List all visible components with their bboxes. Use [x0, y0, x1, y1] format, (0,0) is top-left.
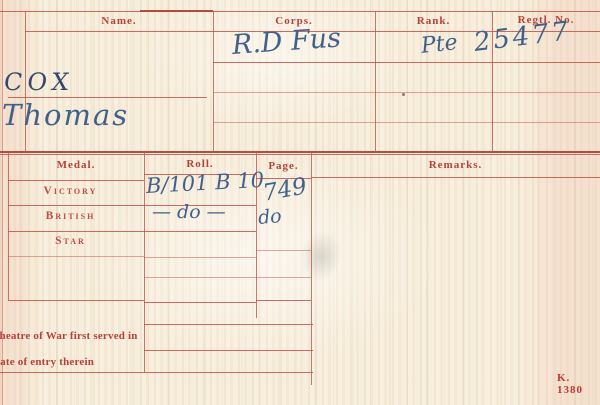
rule-line [144, 231, 256, 232]
rule-line [213, 62, 600, 63]
rule-line [213, 122, 600, 123]
page-value-british-handwriting: do [257, 205, 282, 229]
rule-line [311, 177, 600, 178]
rule-line [0, 372, 313, 373]
rule-line [256, 250, 311, 251]
form-number: K. 1380 [557, 372, 600, 396]
rule-line [311, 152, 312, 385]
rule-line [213, 11, 214, 152]
medal-row-victory: Victory [8, 185, 133, 197]
surname-handwriting: COX [2, 68, 76, 96]
rule-line [8, 231, 144, 232]
ink-dot [402, 93, 405, 96]
remarks-column-header: Remarks. [311, 159, 600, 171]
rule-line [144, 152, 145, 372]
rule-line [140, 10, 213, 12]
roll-value-british-handwriting: — do — [152, 201, 226, 223]
corps-value-handwriting: R.D Fus [231, 22, 342, 61]
rule-line [144, 277, 256, 278]
rule-line [8, 256, 144, 257]
rule-line [0, 151, 600, 153]
rule-line [256, 277, 311, 278]
rule-line [256, 300, 311, 301]
rule-line [144, 350, 313, 351]
rule-line [213, 92, 600, 93]
rule-line [8, 180, 144, 181]
medal-index-card: Name. Corps. Rank. Regtl. No. Medal. Rol… [0, 0, 600, 405]
rule-line [0, 11, 600, 12]
rank-value-handwriting: Pte [420, 30, 459, 59]
rule-line [8, 300, 144, 301]
date-of-entry-label: Date of entry therein [0, 356, 94, 368]
medal-row-british: British [8, 210, 133, 222]
forename-handwriting: Thomas [2, 98, 129, 132]
rule-line [2, 0, 3, 405]
rule-line [8, 205, 144, 206]
rule-line [8, 152, 9, 300]
theatre-of-war-label: Theatre of War first served in [0, 330, 138, 342]
rule-line [144, 324, 313, 325]
medal-column-header: Medal. [8, 159, 144, 171]
rule-line [0, 154, 600, 155]
rank-column-header: Rank. [375, 15, 492, 27]
roll-value-victory-handwriting: B/101 B 10 [145, 168, 264, 198]
page-column-header: Page. [256, 160, 311, 172]
rule-line [375, 11, 376, 152]
rule-line [144, 302, 256, 303]
name-column-header: Name. [25, 15, 213, 27]
rule-line [144, 257, 256, 258]
medal-row-star: Star [8, 235, 133, 247]
